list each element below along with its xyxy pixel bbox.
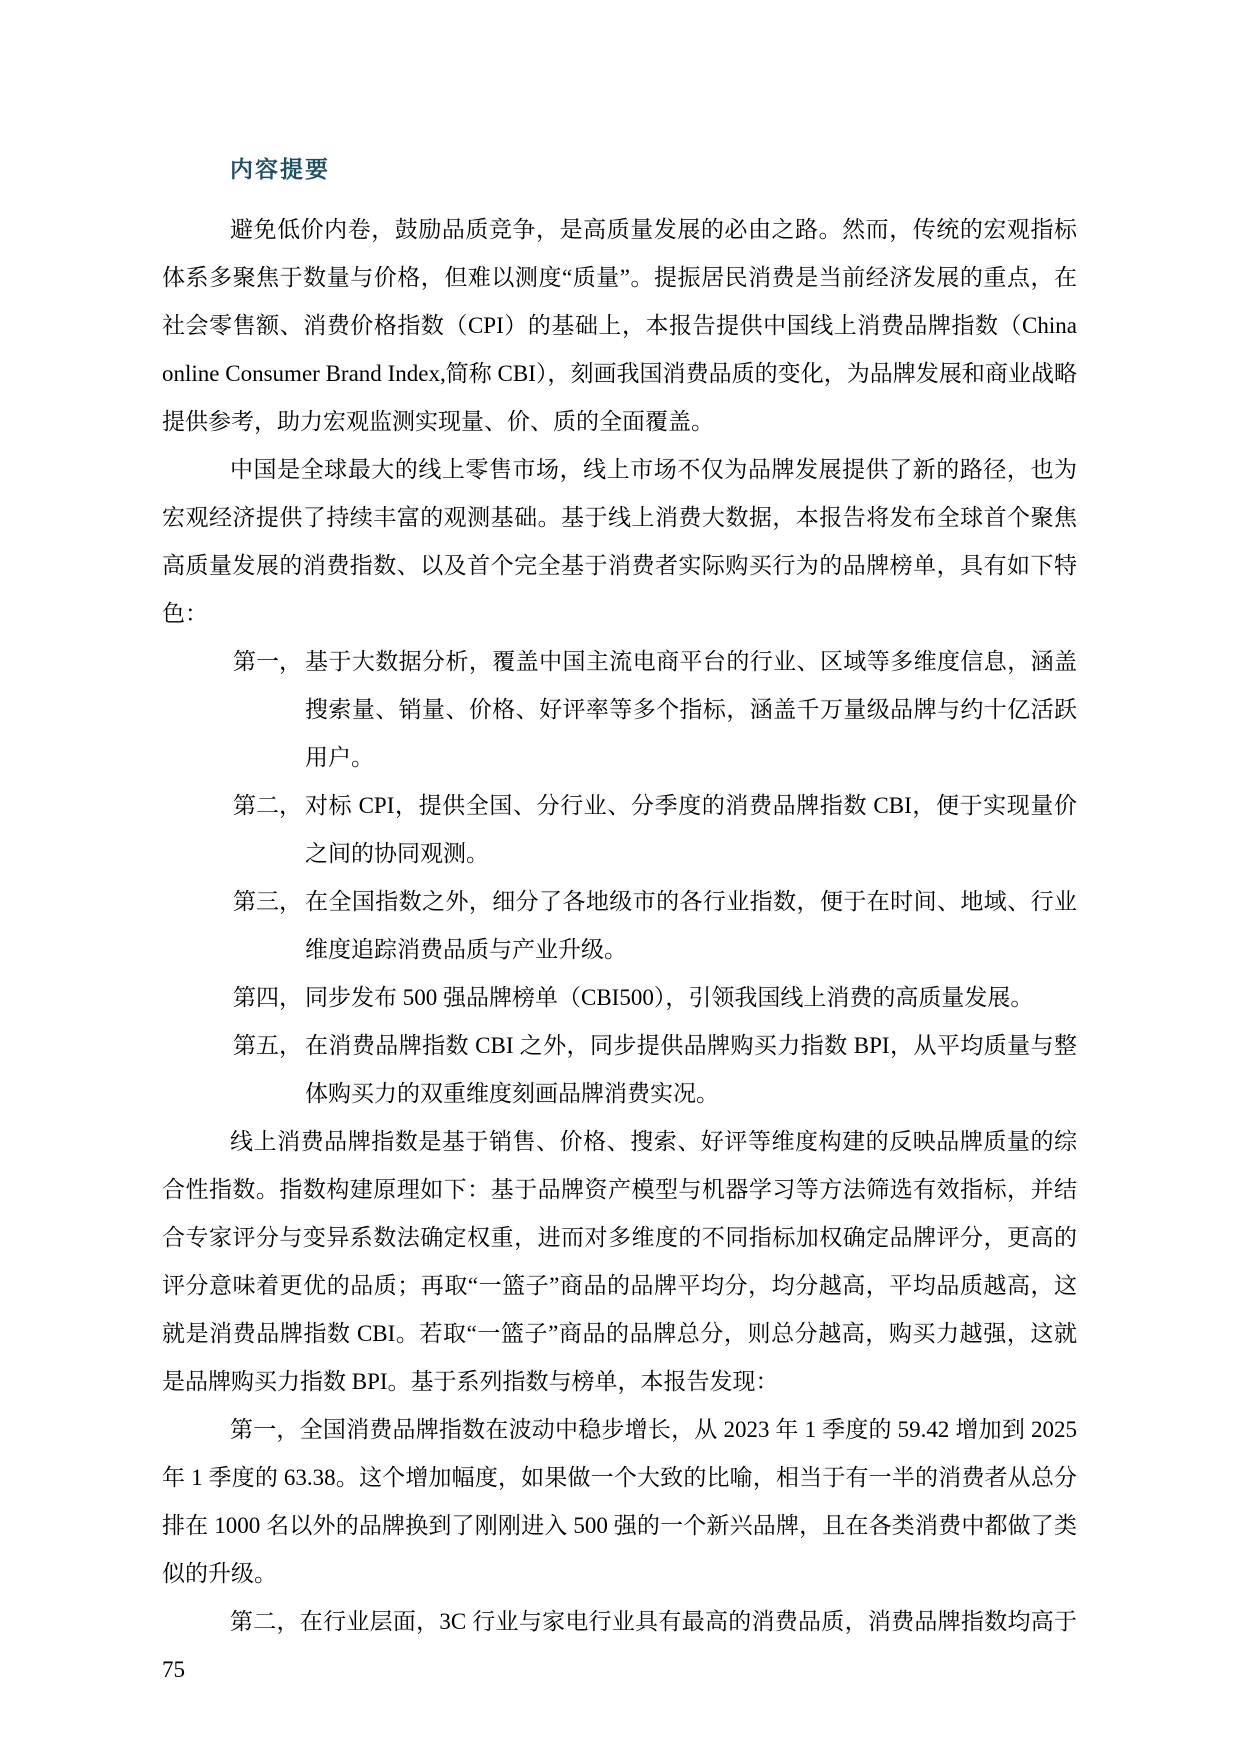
feature-text-3: 在全国指数之外，细分了各地级市的各行业指数，便于在时间、地域、行业维度追踪消费品… [305,889,1077,962]
feature-text-2: 对标 CPI，提供全国、分行业、分季度的消费品牌指数 CBI，便于实现量价之间的… [305,793,1077,866]
feature-label-1: 第一， [233,638,302,686]
intro-paragraph-1: 避免低价内卷，鼓励品质竞争，是高质量发展的必由之路。然而，传统的宏观指标体系多聚… [162,206,1077,446]
feature-label-2: 第二， [233,782,302,830]
feature-item-5: 第五， 在消费品牌指数 CBI 之外，同步提供品牌购买力指数 BPI，从平均质量… [162,1022,1077,1118]
feature-list: 第一， 基于大数据分析，覆盖中国主流电商平台的行业、区域等多维度信息，涵盖搜索量… [162,638,1077,1118]
feature-label-4: 第四， [233,974,302,1022]
feature-item-1: 第一， 基于大数据分析，覆盖中国主流电商平台的行业、区域等多维度信息，涵盖搜索量… [162,638,1077,782]
intro-paragraph-2: 中国是全球最大的线上零售市场，线上市场不仅为品牌发展提供了新的路径，也为宏观经济… [162,446,1077,638]
body-paragraph-1: 线上消费品牌指数是基于销售、价格、搜索、好评等维度构建的反映品牌质量的综合性指数… [162,1118,1077,1406]
feature-item-3: 第三， 在全国指数之外，细分了各地级市的各行业指数，便于在时间、地域、行业维度追… [162,878,1077,974]
document-page: 内容提要 避免低价内卷，鼓励品质竞争，是高质量发展的必由之路。然而，传统的宏观指… [0,0,1240,1754]
feature-label-3: 第三， [233,878,302,926]
feature-text-1: 基于大数据分析，覆盖中国主流电商平台的行业、区域等多维度信息，涵盖搜索量、销量、… [305,649,1077,770]
feature-text-5: 在消费品牌指数 CBI 之外，同步提供品牌购买力指数 BPI，从平均质量与整体购… [305,1033,1077,1106]
body-paragraph-2: 第一，全国消费品牌指数在波动中稳步增长，从 2023 年 1 季度的 59.42… [162,1406,1077,1598]
feature-item-4: 第四， 同步发布 500 强品牌榜单（CBI500），引领我国线上消费的高质量发… [162,974,1077,1022]
feature-text-4: 同步发布 500 强品牌榜单（CBI500），引领我国线上消费的高质量发展。 [305,985,1033,1010]
feature-item-2: 第二， 对标 CPI，提供全国、分行业、分季度的消费品牌指数 CBI，便于实现量… [162,782,1077,878]
feature-label-5: 第五， [233,1022,302,1070]
body-paragraph-3: 第二，在行业层面，3C 行业与家电行业具有最高的消费品质，消费品牌指数均高于 7… [162,1598,1077,1694]
section-heading: 内容提要 [162,146,1077,194]
